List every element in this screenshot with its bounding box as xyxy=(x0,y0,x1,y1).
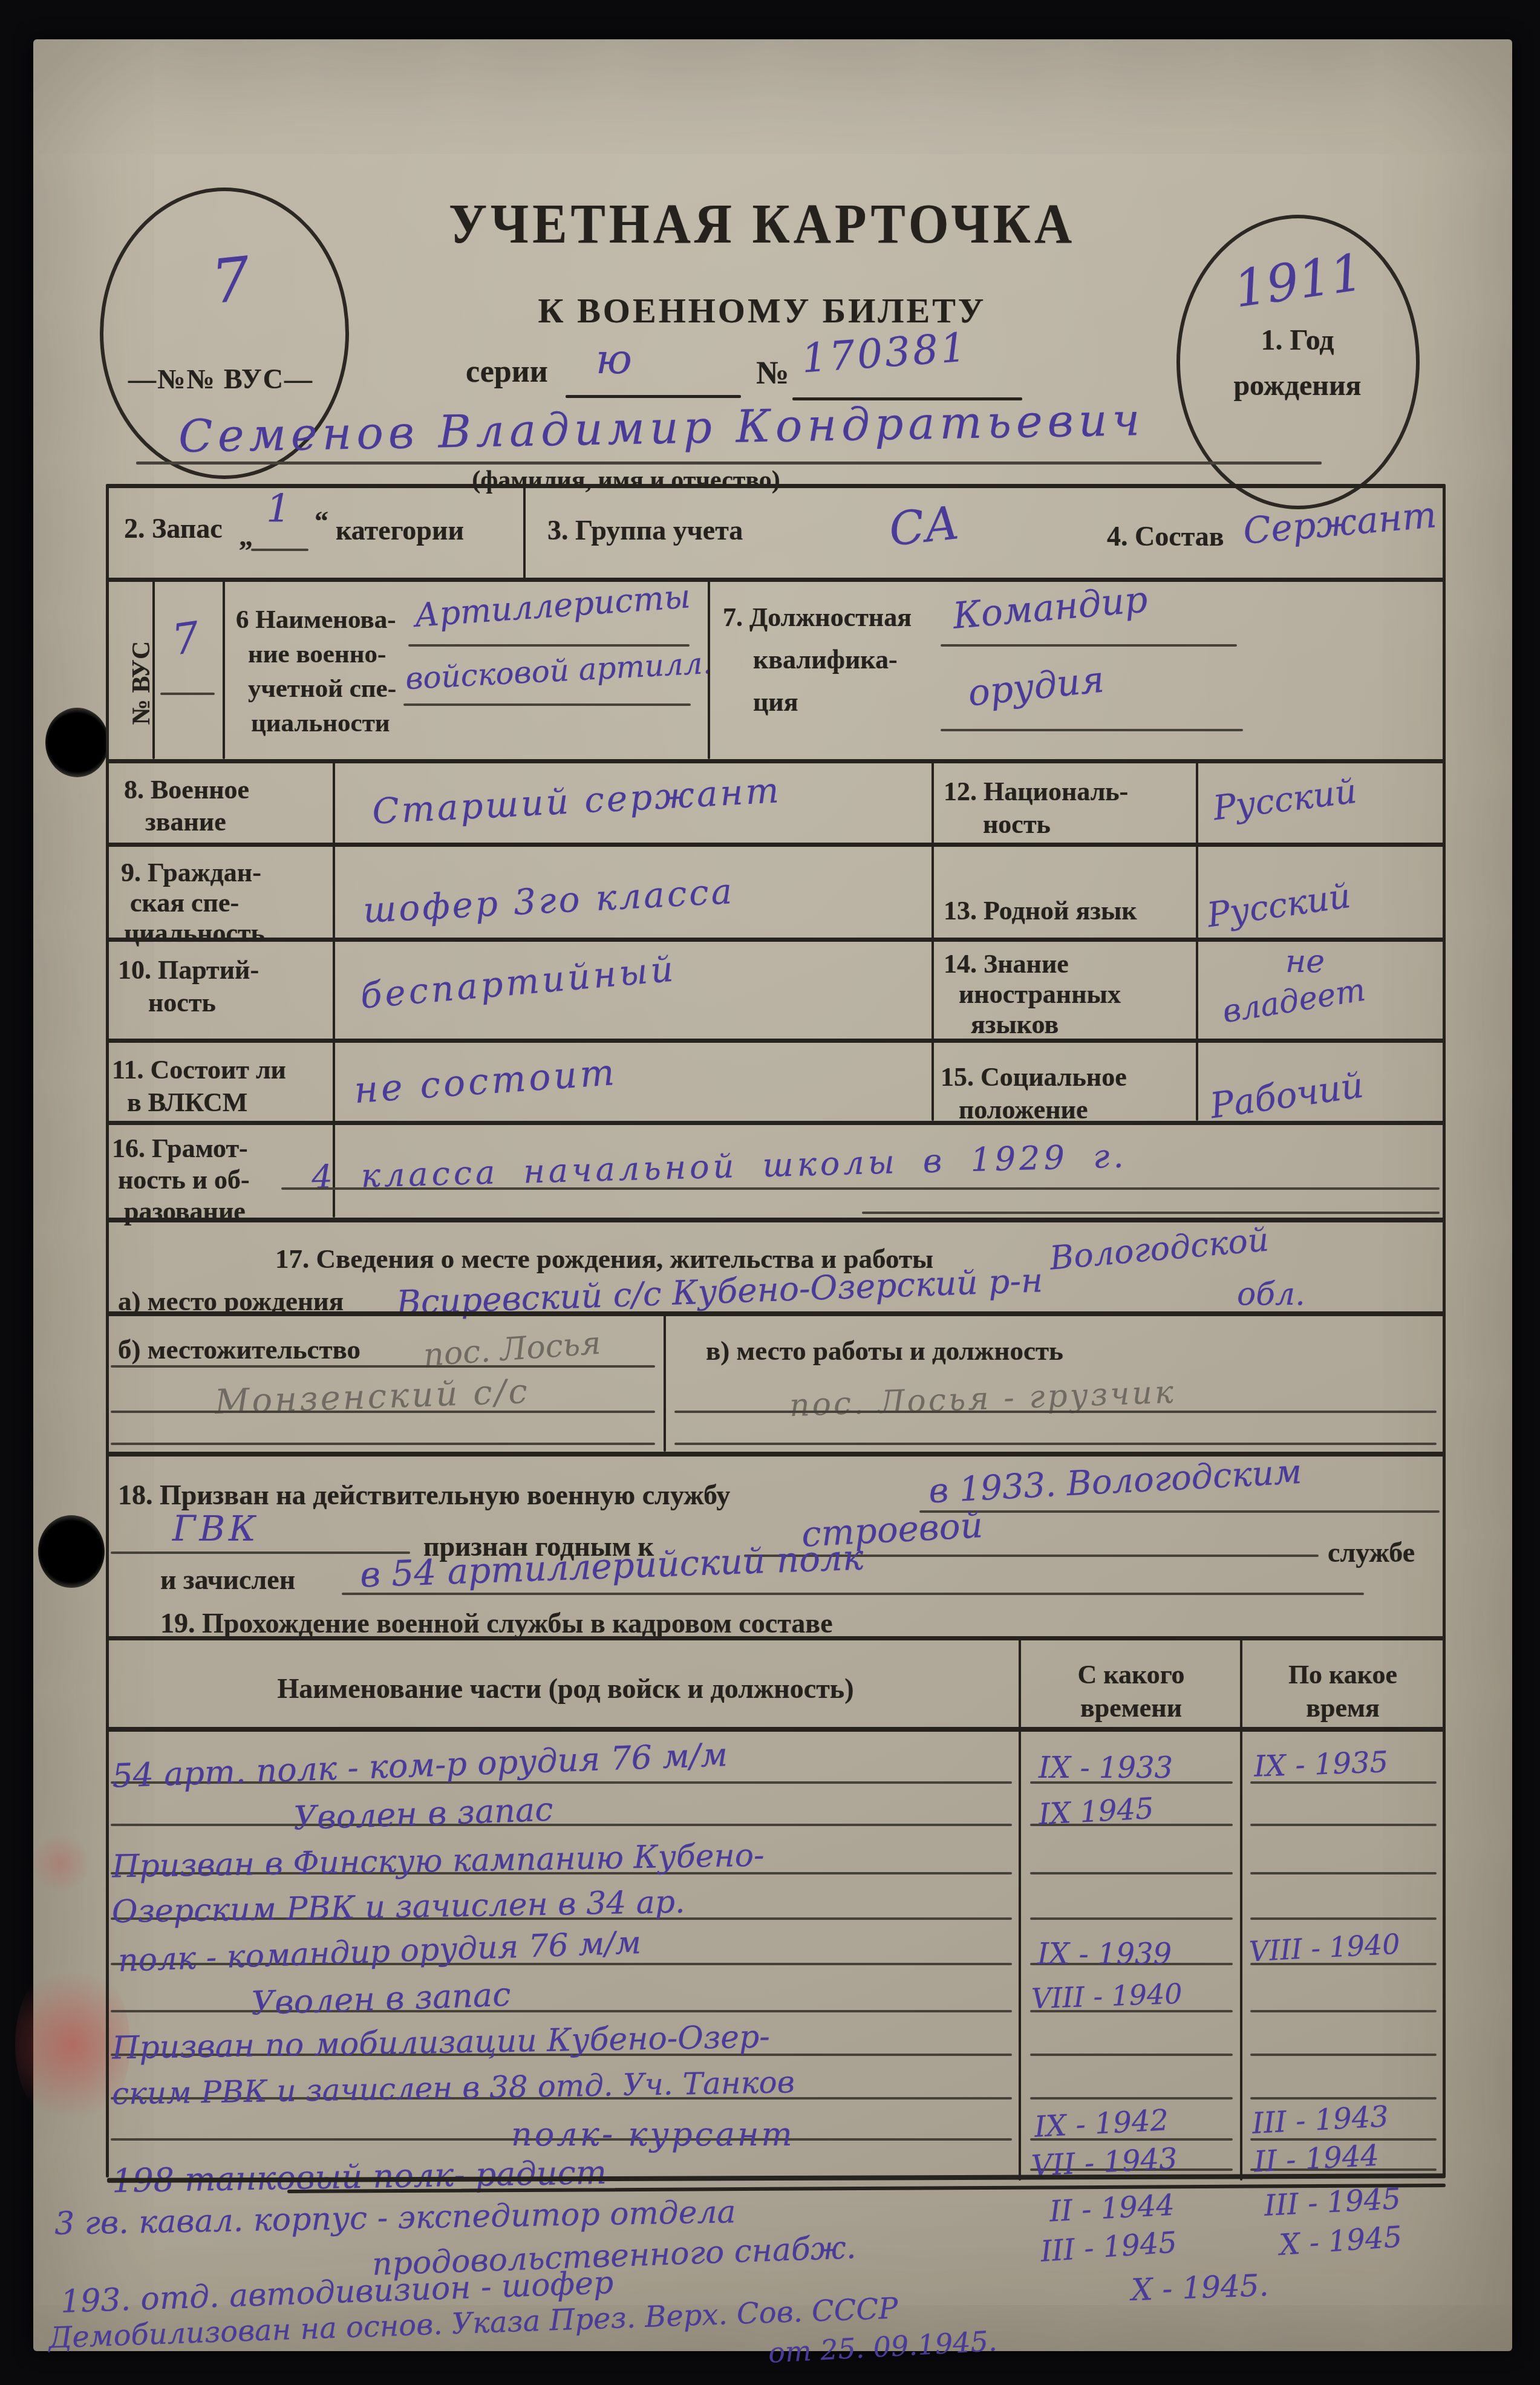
field3-label: 3. Группа учета xyxy=(547,514,743,546)
field2-quote-close: “ xyxy=(315,505,328,537)
field14-label-3: языков xyxy=(971,1009,1059,1040)
section17-a-value-tail: обл. xyxy=(1237,1276,1305,1313)
birth-year-label-2: рождения xyxy=(1183,369,1412,402)
rule-line xyxy=(408,644,690,647)
rule-line xyxy=(111,1365,655,1368)
rule-line xyxy=(281,1187,1440,1190)
rule-line xyxy=(1250,2054,1437,2056)
field9-value: шофер 3го класса xyxy=(362,870,736,931)
service-row-to: III - 1943 xyxy=(1251,2100,1389,2141)
field6-value-2: войсковой артилл. xyxy=(405,645,713,696)
card-title: УЧЕТНАЯ КАРТОЧКА xyxy=(324,191,1201,256)
rule-line xyxy=(1250,2010,1437,2012)
field15-label-1: 15. Социальное xyxy=(941,1062,1127,1092)
rule-line xyxy=(111,2010,1012,2012)
divider-line xyxy=(1240,1636,1242,2181)
field10-value: беспартийный xyxy=(359,948,678,1016)
rule-line xyxy=(919,1510,1440,1513)
rule-line xyxy=(566,395,741,398)
field12-label-2: ность xyxy=(983,809,1051,840)
card-paper: 7 —№№ ВУС— 1911 1. Год рождения УЧЕТНАЯ … xyxy=(33,39,1512,2351)
field9-label-1: 9. Граждан- xyxy=(121,857,261,888)
field7-value-1: Командир xyxy=(951,578,1150,638)
rule-line xyxy=(111,1411,655,1413)
rule-line xyxy=(1030,2097,1233,2100)
table-border xyxy=(106,759,1446,763)
field14-value-1: не xyxy=(1285,944,1325,980)
field10-label-2: ность xyxy=(148,987,216,1018)
service-row-to: II - 1944 xyxy=(1253,2139,1380,2179)
rule-line xyxy=(1250,2097,1437,2100)
field2-value: 1 xyxy=(266,487,291,532)
field16-label-1: 16. Грамот- xyxy=(112,1133,248,1164)
service-row-from: III - 1945 xyxy=(1039,2225,1178,2269)
service-row-text: 3 гв. кавал. корпус - экспедитор отдела xyxy=(54,2194,737,2242)
vus-number-value: 7 xyxy=(208,243,254,318)
section17-b-label: б) местожительство xyxy=(118,1334,361,1365)
divider-line xyxy=(1019,1636,1021,2181)
table-border xyxy=(106,484,109,2178)
section18-label-1: 18. Призван на действительную военную сл… xyxy=(118,1479,730,1511)
table19-col3-header-2: время xyxy=(1246,1692,1440,1723)
field2-label: 2. Запас xyxy=(124,512,223,544)
field9-label-3: циальность xyxy=(124,918,265,948)
field7-label-1: 7. Должностная xyxy=(723,602,912,633)
table-border xyxy=(106,484,1446,488)
table-border xyxy=(106,1727,1446,1732)
divider-line xyxy=(223,578,225,759)
service-row-text: Озерским РВК и зачислен в 34 ар. xyxy=(112,1884,686,1931)
red-stain xyxy=(33,1830,88,1896)
service-row-from: IX - 1933 xyxy=(1039,1751,1173,1785)
series-label: серии xyxy=(466,354,548,390)
field15-value: Рабочий xyxy=(1208,1065,1366,1127)
rule-line xyxy=(160,693,215,695)
series-value: ю xyxy=(596,336,632,383)
number-value: 170381 xyxy=(800,324,970,382)
section18-label-4: и зачислен xyxy=(160,1564,295,1596)
field12-label-1: 12. Националь- xyxy=(944,776,1128,807)
table-border xyxy=(1443,484,1446,2178)
rule-line xyxy=(941,729,1243,731)
rule-line xyxy=(136,462,1322,465)
table-border xyxy=(106,1636,1446,1640)
field8-value: Старший сержант xyxy=(371,769,782,832)
field7-value-2: орудия xyxy=(966,658,1106,714)
field8-label-2: звание xyxy=(145,806,226,837)
table19-col2-header-1: С какого xyxy=(1025,1659,1237,1690)
service-row-to: VIII - 1940 xyxy=(1248,1928,1401,1968)
rule-line xyxy=(403,703,691,706)
service-row-from: IX - 1939 xyxy=(1037,1937,1172,1971)
section18-label-3: службе xyxy=(1328,1536,1415,1568)
service-row-text: Призван в Финскую кампанию Кубено- xyxy=(112,1838,765,1885)
card-subtitle: К ВОЕННОМУ БИЛЕТУ xyxy=(372,290,1152,331)
rule-line xyxy=(674,1411,1437,1413)
hole-punch xyxy=(45,708,109,777)
service-row-from: VIII - 1940 xyxy=(1031,1977,1183,2015)
field14-label-1: 14. Знание xyxy=(944,948,1069,979)
rule-line xyxy=(1250,1917,1437,1920)
service-row-text: Уволен в запас xyxy=(293,1790,553,1838)
service-row-text: от 25. 09.1945. xyxy=(768,2325,998,2369)
field10-label-1: 10. Партий- xyxy=(118,954,259,985)
field9-label-2: ская спе- xyxy=(130,887,239,918)
section18-value-1: в 1933. Вологодским xyxy=(928,1452,1303,1511)
field6-value-1: Артиллеристы xyxy=(413,577,691,635)
field6-label-3: учетной спе- xyxy=(248,674,396,703)
field6-label-1: 6 Наименова- xyxy=(236,605,396,635)
divider-line xyxy=(523,484,526,579)
service-row-text: 54 арт. полк - ком-р орудия 76 м/м xyxy=(111,1735,728,1795)
field2-quote-open: „ xyxy=(239,520,253,552)
field11-value: не состоит xyxy=(353,1051,619,1112)
table19-col1-header: Наименование части (род войск и должност… xyxy=(142,1672,989,1705)
field11-label-2: в ВЛКСМ xyxy=(127,1087,247,1118)
field13-label: 13. Родной язык xyxy=(944,895,1137,926)
full-name-caption: (фамилия, имя и отчество) xyxy=(348,466,904,495)
number-sign: № xyxy=(756,354,789,391)
table-border xyxy=(106,1121,1446,1125)
service-row-to: IX - 1935 xyxy=(1253,1745,1389,1784)
field13-value: Русский xyxy=(1205,876,1353,936)
scanned-military-card-photo: { "colors":{"ink":"#4a3b98","pencil":"#6… xyxy=(0,0,1540,2385)
table-border xyxy=(106,578,1446,582)
table-border xyxy=(106,1039,1446,1043)
rule-line xyxy=(111,1824,1012,1826)
rule-line xyxy=(1250,1824,1437,1826)
rule-line xyxy=(1030,1917,1233,1920)
rule-line xyxy=(342,1593,1364,1595)
section-divider xyxy=(106,1311,1446,1316)
rule-line xyxy=(251,549,308,551)
service-row-text: Уволен в запас xyxy=(250,1976,511,2023)
field16-label-2: ность и об- xyxy=(118,1164,250,1195)
rule-line xyxy=(862,1212,1440,1214)
service-row-from: IX 1945 xyxy=(1038,1792,1155,1832)
divider-line xyxy=(333,759,335,1218)
table19-col3-header-1: По какое xyxy=(1246,1659,1440,1690)
rule-line xyxy=(941,644,1237,647)
section17-c-label: в) место работы и должность xyxy=(706,1335,1063,1366)
service-row-to: III - 1945 xyxy=(1264,2182,1401,2223)
service-row-text: полк - командир орудия 76 м/м xyxy=(117,1925,642,1979)
section17-c-value: пос. Лосья - грузчик xyxy=(789,1374,1176,1424)
field6-label-4: циальности xyxy=(251,708,390,738)
service-row-text: Призван по мобилизации Кубено-Озер- xyxy=(112,2019,771,2067)
rule-line xyxy=(674,1443,1437,1445)
service-row-from: IX - 1942 xyxy=(1034,2103,1170,2144)
service-row-from: II - 1944 xyxy=(1049,2188,1175,2229)
field11-label-1: 11. Состоит ли xyxy=(112,1054,286,1085)
field2-label-post: категории xyxy=(336,514,464,546)
field12-value: Русский xyxy=(1211,772,1359,829)
field-vus-value: 7 xyxy=(169,612,203,665)
divider-line xyxy=(708,578,710,759)
section19-title: 19. Прохождение военной службы в кадрово… xyxy=(160,1607,833,1639)
vus-stamp-label: —№№ ВУС— xyxy=(106,363,336,395)
service-row-from: X - 1945. xyxy=(1131,2268,1269,2308)
field3-value: СА xyxy=(887,495,962,556)
rule-line xyxy=(111,1443,655,1445)
divider-line xyxy=(664,1311,666,1452)
field14-label-2: иностранных xyxy=(959,979,1121,1010)
table-border xyxy=(106,843,1446,847)
field14-value-2: владеет xyxy=(1220,972,1368,1031)
table19-col2-header-2: времени xyxy=(1025,1692,1237,1723)
section17-title-value: Вологодской xyxy=(1048,1220,1270,1277)
field8-label-1: 8. Военное xyxy=(124,774,249,805)
field7-label-3: ция xyxy=(753,687,798,717)
service-row-to: X - 1945 xyxy=(1278,2220,1403,2262)
service-row-text: полк- курсант xyxy=(511,2115,795,2153)
service-row-text: ским РВК и зачислен в 38 отд. Уч. Танков xyxy=(112,2064,795,2112)
section18-value-gvk: ГВК xyxy=(172,1508,259,1549)
rule-line xyxy=(1250,1872,1437,1874)
section17-b-value-2: Монзенский с/с xyxy=(214,1372,530,1422)
field6-label-2: ние военно- xyxy=(248,639,386,669)
rule-line xyxy=(1030,2054,1233,2056)
table-border xyxy=(106,938,1446,942)
hole-punch xyxy=(38,1515,105,1588)
birth-year-label-1: 1. Год xyxy=(1183,324,1412,357)
rule-line xyxy=(1030,1872,1233,1874)
divider-line xyxy=(152,578,155,759)
field7-label-2: квалифика- xyxy=(753,644,898,675)
field4-label: 4. Состав xyxy=(1107,520,1224,552)
